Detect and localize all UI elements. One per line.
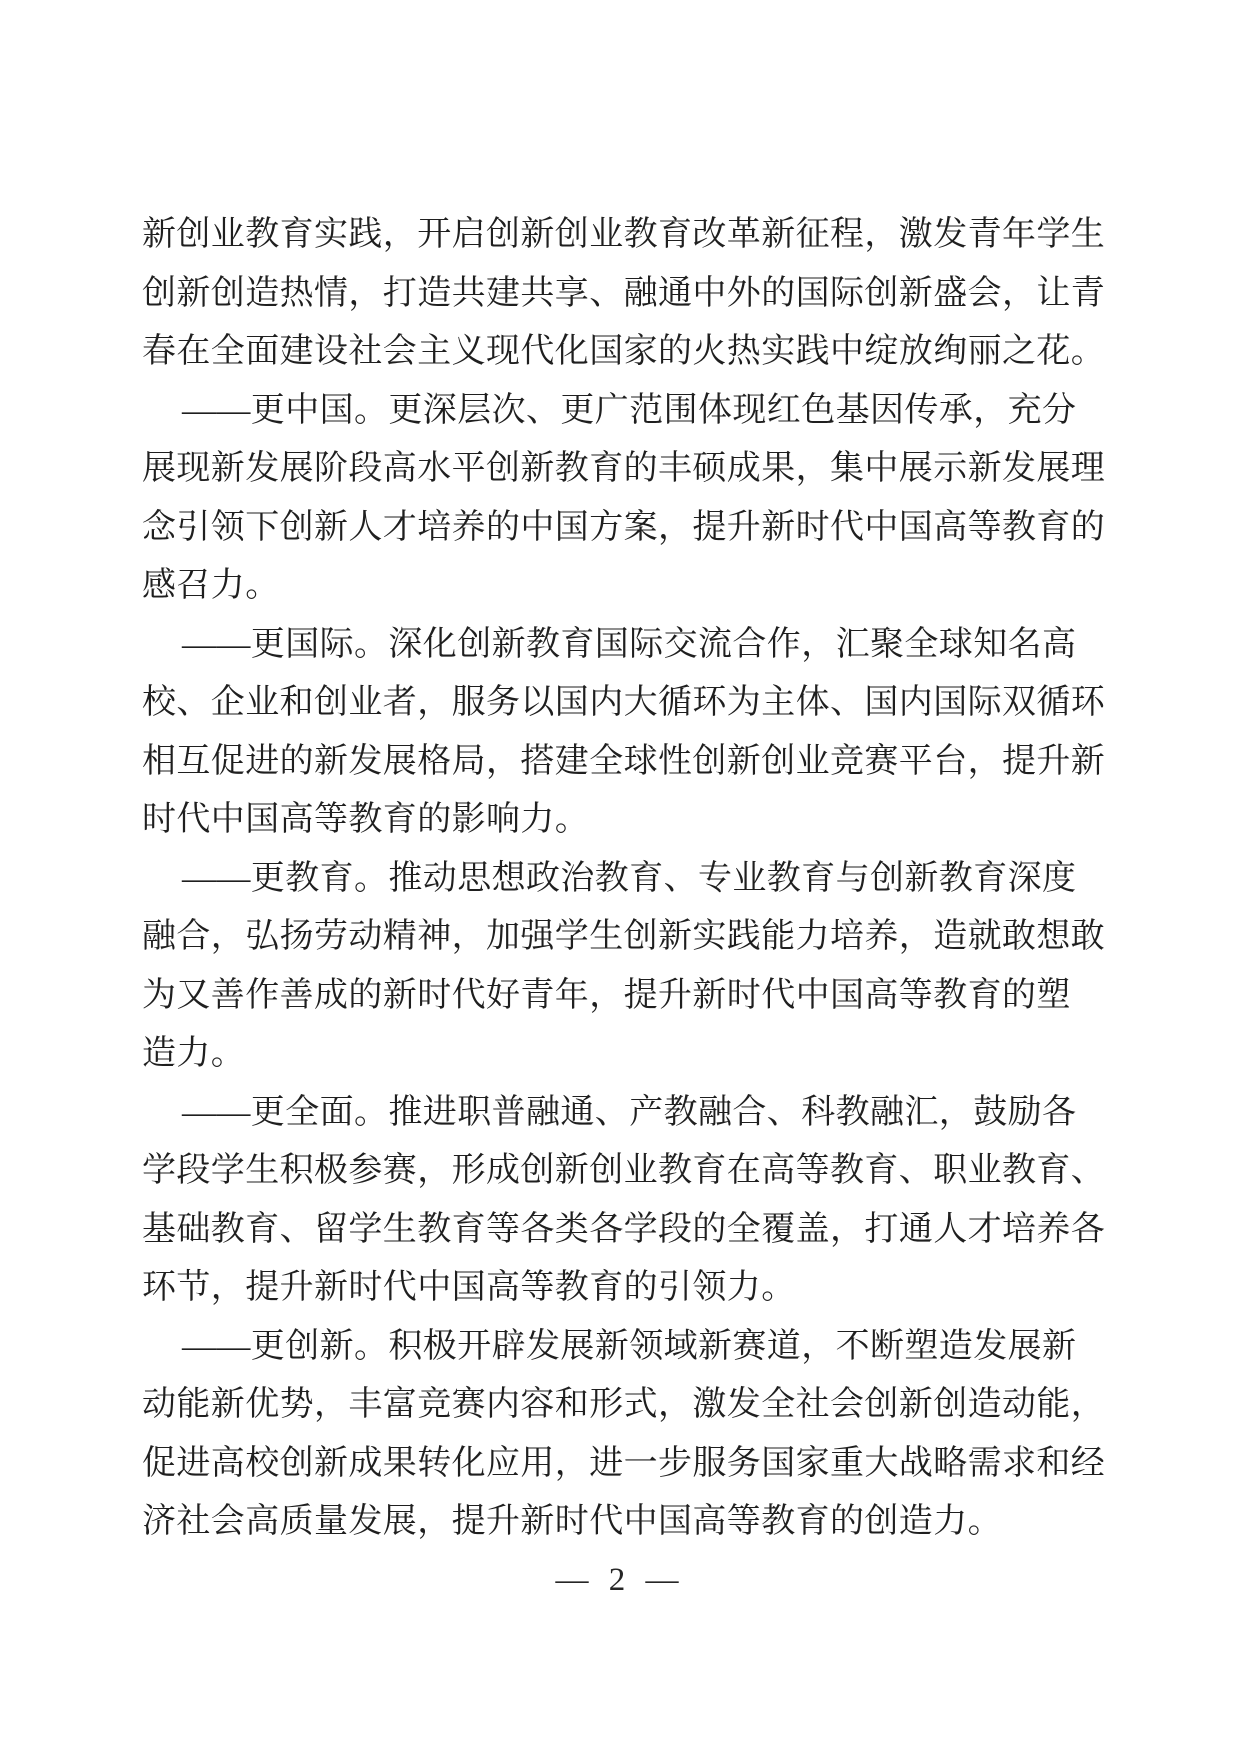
text-line: 校、企业和创业者，服务以国内大循环为主体、国内国际双循环 (142, 674, 1107, 733)
paragraph-geng-jiaoyu: ——更教育。推动思想政治教育、专业教育与创新教育深度 融合，弘扬劳动精神，加强学… (142, 850, 1107, 1084)
page-number: — 2 — (556, 1562, 685, 1598)
text-line: 新创业教育实践，开启创新创业教育改革新征程，激发青年学生 (142, 206, 1107, 265)
text-line: 学段学生积极参赛，形成创新创业教育在高等教育、职业教育、 (142, 1142, 1107, 1201)
text-line: 创新创造热情，打造共建共享、融通中外的国际创新盛会，让青 (142, 265, 1107, 324)
text-line: 为又善作善成的新时代好青年，提升新时代中国高等教育的塑 (142, 967, 1107, 1026)
text-line: ——更国际。深化创新教育国际交流合作，汇聚全球知名高 (142, 616, 1107, 675)
text-line: 春在全面建设社会主义现代化国家的火热实践中绽放绚丽之花。 (142, 323, 1107, 382)
text-line: 时代中国高等教育的影响力。 (142, 791, 1107, 850)
paragraph-geng-quanmian: ——更全面。推进职普融通、产教融合、科教融汇，鼓励各 学段学生积极参赛，形成创新… (142, 1084, 1107, 1318)
paragraph-geng-chuangxin: ——更创新。积极开辟发展新领域新赛道，不断塑造发展新 动能新优势，丰富竞赛内容和… (142, 1318, 1107, 1552)
text-line: ——更教育。推动思想政治教育、专业教育与创新教育深度 (142, 850, 1107, 909)
text-line: 感召力。 (142, 557, 1107, 616)
document-page: 新创业教育实践，开启创新创业教育改革新征程，激发青年学生 创新创造热情，打造共建… (0, 0, 1240, 1754)
text-line: 促进高校创新成果转化应用，进一步服务国家重大战略需求和经 (142, 1435, 1107, 1494)
text-line: 展现新发展阶段高水平创新教育的丰硕成果，集中展示新发展理 (142, 440, 1107, 499)
text-line: 相互促进的新发展格局，搭建全球性创新创业竞赛平台，提升新 (142, 733, 1107, 792)
paragraph-geng-guoji: ——更国际。深化创新教育国际交流合作，汇聚全球知名高 校、企业和创业者，服务以国… (142, 616, 1107, 850)
text-line: ——更创新。积极开辟发展新领域新赛道，不断塑造发展新 (142, 1318, 1107, 1377)
document-body: 新创业教育实践，开启创新创业教育改革新征程，激发青年学生 创新创造热情，打造共建… (142, 206, 1107, 1552)
text-line: 济社会高质量发展，提升新时代中国高等教育的创造力。 (142, 1493, 1107, 1552)
paragraph-continuation: 新创业教育实践，开启创新创业教育改革新征程，激发青年学生 创新创造热情，打造共建… (142, 206, 1107, 382)
text-line: ——更中国。更深层次、更广范围体现红色基因传承，充分 (142, 382, 1107, 441)
text-line: 动能新优势，丰富竞赛内容和形式，激发全社会创新创造动能， (142, 1376, 1107, 1435)
text-line: 造力。 (142, 1025, 1107, 1084)
text-line: 环节，提升新时代中国高等教育的引领力。 (142, 1259, 1107, 1318)
text-line: 念引领下创新人才培养的中国方案，提升新时代中国高等教育的 (142, 499, 1107, 558)
text-line: ——更全面。推进职普融通、产教融合、科教融汇，鼓励各 (142, 1084, 1107, 1143)
text-line: 融合，弘扬劳动精神，加强学生创新实践能力培养，造就敢想敢 (142, 908, 1107, 967)
page-footer: — 2 — (0, 1552, 1240, 1608)
paragraph-geng-zhongguo: ——更中国。更深层次、更广范围体现红色基因传承，充分 展现新发展阶段高水平创新教… (142, 382, 1107, 616)
text-line: 基础教育、留学生教育等各类各学段的全覆盖，打通人才培养各 (142, 1201, 1107, 1260)
